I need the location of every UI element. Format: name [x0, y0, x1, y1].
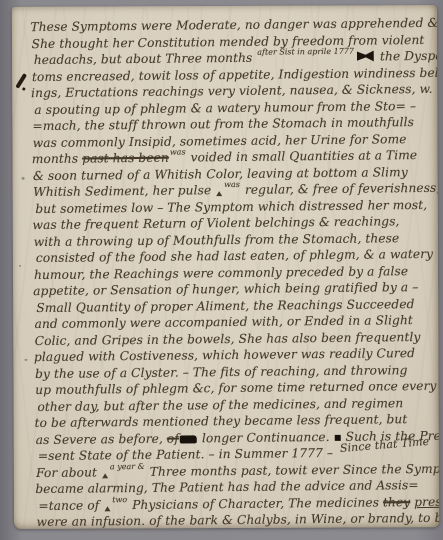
text-run: voided in small Quantities at a Time: [187, 148, 418, 164]
manuscript-text: These Symptoms were Moderate, no danger …: [31, 15, 436, 529]
interlinear-insertion: was: [170, 147, 186, 156]
text-run: the Dyspeptic Symp=: [376, 48, 439, 63]
margin-pen-mark: [15, 73, 27, 89]
text-run: =tance of: [38, 498, 103, 513]
caret-mark-icon: [104, 506, 110, 511]
ink-speck: [24, 359, 27, 361]
ink-speck: [22, 177, 25, 180]
interlinear-insertion: after Sist in aprile 1777: [257, 47, 354, 57]
underlined-text: prescribed: [414, 494, 439, 509]
manuscript-line: were an infusion. of the bark & Chalybs,…: [37, 510, 437, 529]
interlinear-insertion: two: [112, 495, 127, 504]
interlinear-insertion: was: [224, 180, 240, 189]
interlinear-insertion: a year &: [110, 461, 145, 470]
text-run: headachs, but about Three months: [34, 51, 257, 67]
manuscript-page: These Symptoms were Moderate, no danger …: [12, 5, 439, 529]
text-run: regular, & free of feverishness,: [241, 181, 439, 197]
caret-mark-icon: [102, 473, 108, 478]
text-run: longer Continuance.: [198, 429, 334, 444]
text-run: as Severe as before,: [36, 431, 167, 446]
text-run: Whitish Sediment, her pulse: [33, 183, 215, 199]
struck-text: of: [167, 431, 179, 445]
ink-blot-dot-icon: [335, 434, 341, 440]
text-run: =sent State of the Patient. – in Summer …: [38, 446, 333, 463]
ink-speck: [19, 265, 21, 267]
struck-text: past has been: [82, 151, 169, 166]
caret-mark-icon: [216, 191, 222, 196]
ink-blot-cross-icon: [357, 50, 374, 61]
struck-text: they: [383, 495, 410, 509]
photo-backdrop: These Symptoms were Moderate, no danger …: [0, 0, 443, 540]
text-run: For about: [36, 465, 101, 480]
text-run: Physicians of Character, The medicines: [128, 495, 383, 512]
ink-blot-bar-icon: [180, 435, 197, 443]
text-run: months: [32, 152, 82, 167]
text-run: were an infusion. of the bark & Chalybs,…: [37, 511, 440, 529]
text-run: Three months past, towit ever Since the …: [146, 461, 439, 478]
